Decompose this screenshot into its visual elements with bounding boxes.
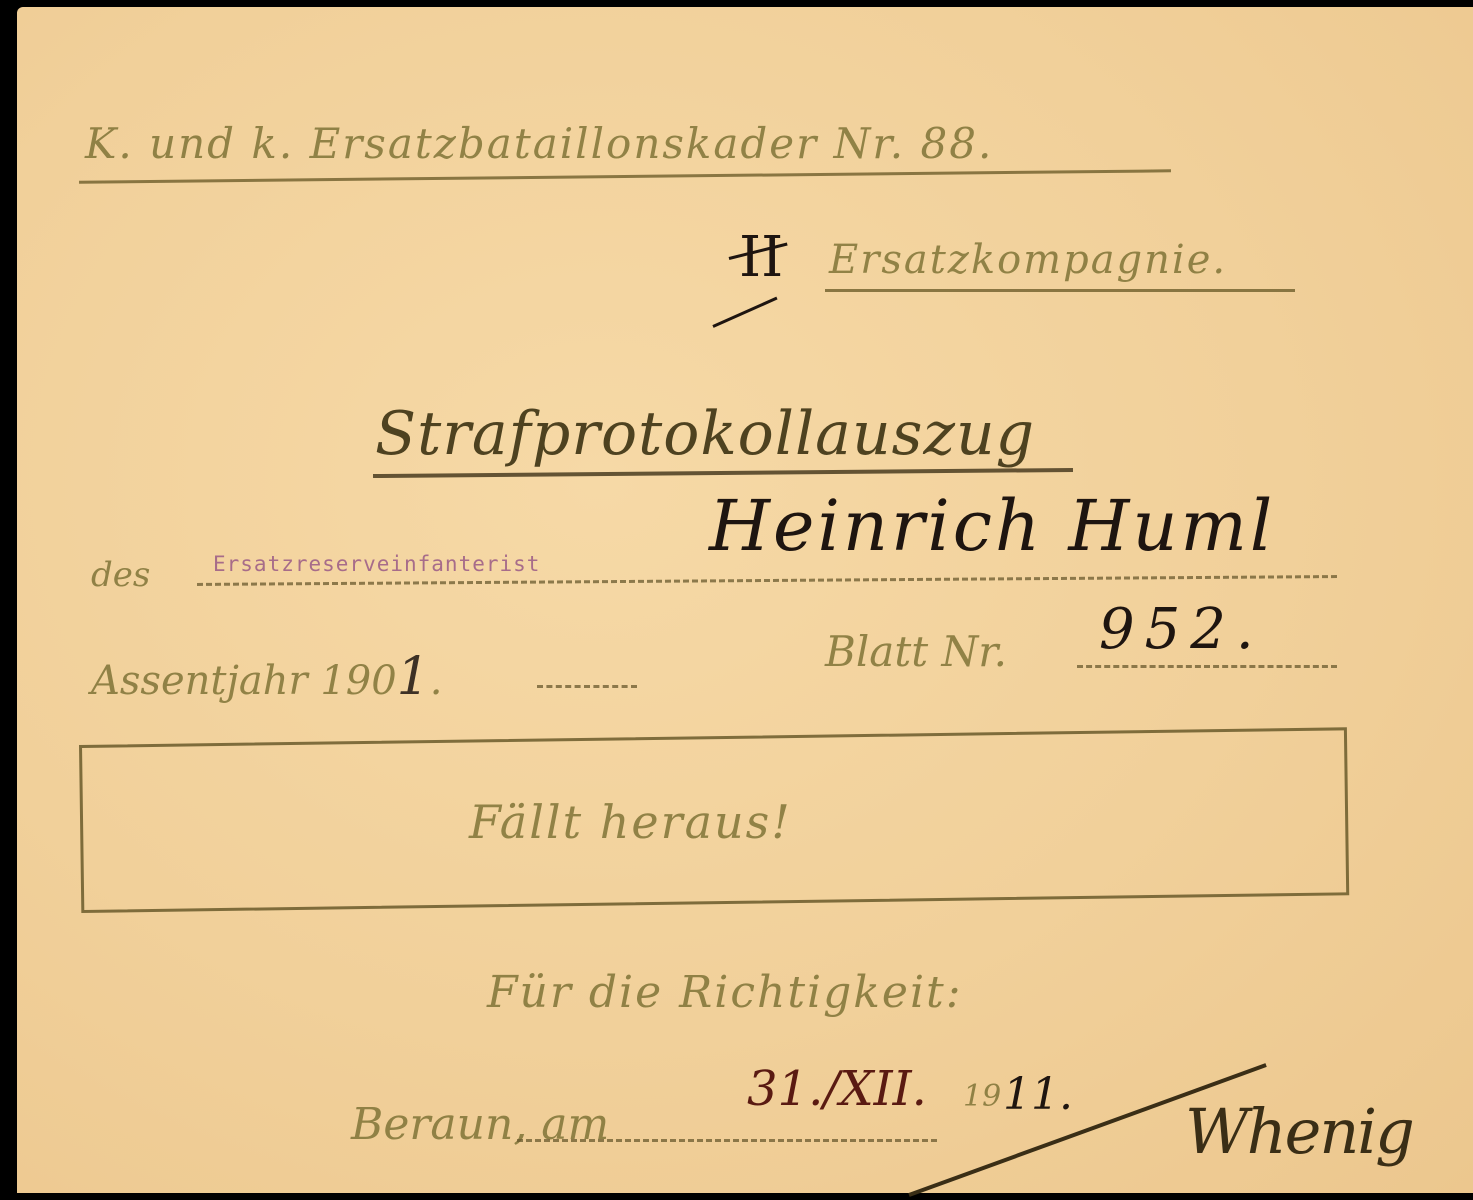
- date-year-printed: 19: [963, 1079, 1001, 1114]
- company-numeral: II: [739, 225, 783, 290]
- date-dotted-line: [517, 1139, 937, 1142]
- assent-year-handwritten: 1: [397, 647, 430, 707]
- place-label: Beraun, am: [351, 1099, 609, 1150]
- document-title: Strafprotokollauszug: [375, 399, 1035, 469]
- unit-header-underline: [79, 169, 1171, 183]
- signature: Whenig: [1185, 1095, 1413, 1168]
- subject-name: Heinrich Huml: [709, 485, 1275, 567]
- assent-label-text: Assentjahr: [91, 658, 308, 704]
- assent-label: Assentjahr 1901.: [91, 647, 442, 707]
- document-page: K. und k. Ersatzbataillonskader Nr. 88. …: [17, 7, 1473, 1193]
- company-label: Ersatzkompagnie.: [829, 237, 1227, 283]
- assent-year-printed: 190: [320, 658, 396, 704]
- subject-prefix: des: [91, 555, 150, 595]
- assent-dotted-line: [537, 685, 637, 688]
- assent-suffix: .: [430, 658, 443, 704]
- remark-text: Fällt heraus!: [469, 795, 792, 849]
- unit-header: K. und k. Ersatzbataillonskader Nr. 88.: [85, 119, 993, 168]
- document-title-underline: [373, 468, 1073, 478]
- company-underline: [825, 289, 1295, 292]
- date-year-handwritten: 11.: [1003, 1069, 1073, 1120]
- subject-dotted-line: [197, 575, 1337, 586]
- company-numeral-stroke-bottom: [712, 297, 777, 328]
- sheet-dotted-line: [1077, 665, 1337, 668]
- rank-stamp: Ersatzreserveinfanterist: [213, 552, 540, 576]
- sheet-label: Blatt Nr.: [825, 627, 1007, 676]
- date-day-month: 31./XII.: [747, 1061, 927, 1117]
- sheet-number: 952.: [1099, 597, 1264, 662]
- certification-text: Für die Richtigkeit:: [487, 967, 963, 1018]
